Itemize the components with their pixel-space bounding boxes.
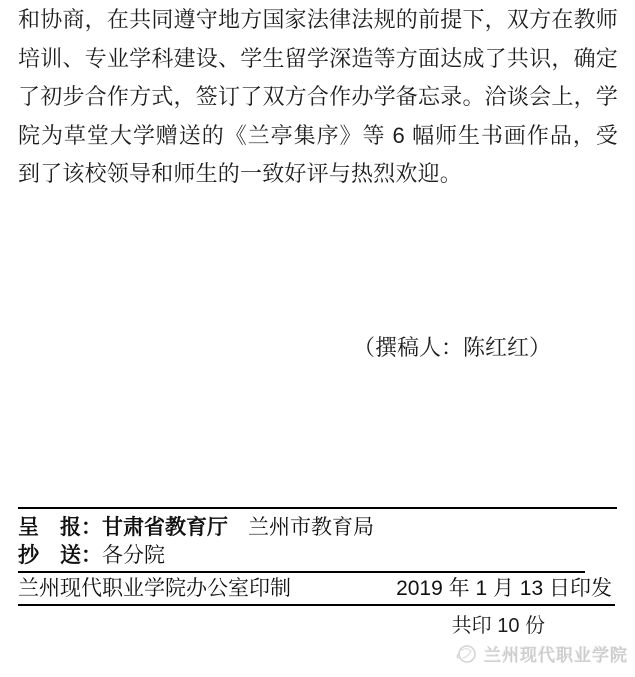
rule-bottom — [18, 604, 615, 606]
watermark-text: 兰州现代职业学院 — [484, 641, 628, 666]
copies-count: 共印 10 份 — [452, 609, 545, 638]
report-to-secondary: 兰州市教育局 — [248, 516, 374, 539]
watermark-badge: 兰州现代职业学院 — [455, 641, 628, 666]
cc-row: 抄 送：各分院 — [18, 542, 617, 570]
report-to-label: 呈 报：甘肃省教育厅 — [18, 516, 228, 539]
imprint-row: 兰州现代职业学院办公室印制 2019 年 1 月 13 日印发 — [18, 574, 612, 604]
body-paragraph: 和协商，在共同遵守地方国家法律法规的前提下，双方在教师培训、专业学科建设、学生留… — [18, 1, 618, 194]
author-line: （撰稿人：陈红红） — [353, 331, 551, 362]
print-date: 2019 年 1 月 13 日印发 — [396, 574, 612, 604]
rule-top — [18, 507, 617, 509]
cc-label: 抄 送： — [18, 544, 102, 567]
distribution-block: 呈 报：甘肃省教育厅兰州市教育局 抄 送：各分院 兰州现代职业学院办公室印制 2… — [18, 507, 617, 606]
document-page: 和协商，在共同遵守地方国家法律法规的前提下，双方在教师培训、专业学科建设、学生留… — [0, 0, 635, 677]
cc-value: 各分院 — [102, 544, 165, 567]
college-logo-icon — [455, 643, 477, 665]
report-to-row: 呈 报：甘肃省教育厅兰州市教育局 — [18, 514, 617, 542]
printed-by: 兰州现代职业学院办公室印制 — [18, 574, 291, 604]
rule-middle — [18, 571, 585, 573]
